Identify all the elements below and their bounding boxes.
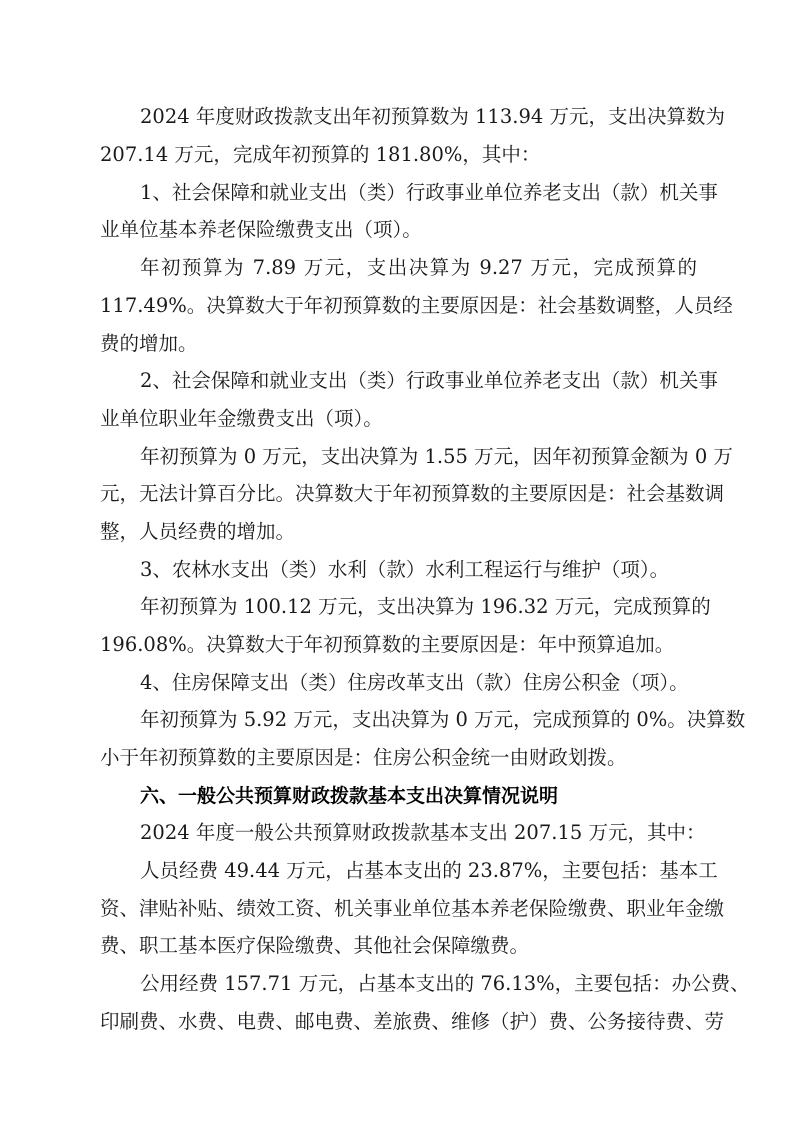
paragraph-line: 元，无法计算百分比。决算数大于年初预算数的主要原因是：社会基数调	[100, 481, 697, 507]
section-heading: 六、一般公共预算财政拨款基本支出决算情况说明	[140, 783, 697, 809]
paragraph-line: 2024 年度财政拨款支出年初预算数为 113.94 万元，支出决算数为	[140, 104, 697, 130]
paragraph-line: 3、农林水支出（类）水利（款）水利工程运行与维护（项）。	[140, 557, 697, 583]
paragraph-line: 年初预算为 0 万元，支出决算为 1.55 万元，因年初预算金额为 0 万	[140, 444, 697, 470]
paragraph-line: 年初预算为 100.12 万元，支出决算为 196.32 万元，完成预算的	[140, 594, 697, 620]
paragraph-line: 费的增加。	[100, 331, 697, 357]
paragraph-line: 印刷费、水费、电费、邮电费、差旅费、维修（护）费、公务接待费、劳	[100, 1009, 697, 1035]
paragraph-line: 4、住房保障支出（类）住房改革支出（款）住房公积金（项）。	[140, 670, 697, 696]
paragraph-line: 业单位职业年金缴费支出（项）。	[100, 406, 697, 432]
paragraph-line: 人员经费 49.44 万元，占基本支出的 23.87%，主要包括：基本工	[140, 858, 697, 884]
paragraph-line: 2024 年度一般公共预算财政拨款基本支出 207.15 万元，其中：	[140, 820, 697, 846]
paragraph-line: 公用经费 157.71 万元，占基本支出的 76.13%，主要包括：办公费、	[140, 971, 697, 997]
paragraph-line: 1、社会保障和就业支出（类）行政事业单位养老支出（款）机关事	[140, 180, 697, 206]
paragraph-line: 业单位基本养老保险缴费支出（项）。	[100, 217, 697, 243]
paragraph-line: 资、津贴补贴、绩效工资、机关事业单位基本养老保险缴费、职业年金缴	[100, 896, 697, 922]
paragraph-line: 117.49%。决算数大于年初预算数的主要原因是：社会基数调整，人员经	[100, 293, 697, 319]
paragraph-line: 整，人员经费的增加。	[100, 519, 697, 545]
paragraph-line: 2、社会保障和就业支出（类）行政事业单位养老支出（款）机关事	[140, 368, 697, 394]
paragraph-line: 207.14 万元，完成年初预算的 181.80%，其中：	[100, 142, 697, 168]
paragraph-line: 费、职工基本医疗保险缴费、其他社会保障缴费。	[100, 933, 697, 959]
paragraph-line: 196.08%。决算数大于年初预算数的主要原因是：年中预算追加。	[100, 632, 697, 658]
paragraph-line: 小于年初预算数的主要原因是：住房公积金统一由财政划拨。	[100, 745, 697, 771]
document-page: 2024 年度财政拨款支出年初预算数为 113.94 万元，支出决算数为 207…	[0, 0, 793, 1122]
paragraph-line: 年初预算为 5.92 万元，支出决算为 0 万元，完成预算的 0%。决算数	[140, 707, 697, 733]
paragraph-line: 年初预算为 7.89 万元，支出决算为 9.27 万元，完成预算的	[140, 255, 697, 281]
